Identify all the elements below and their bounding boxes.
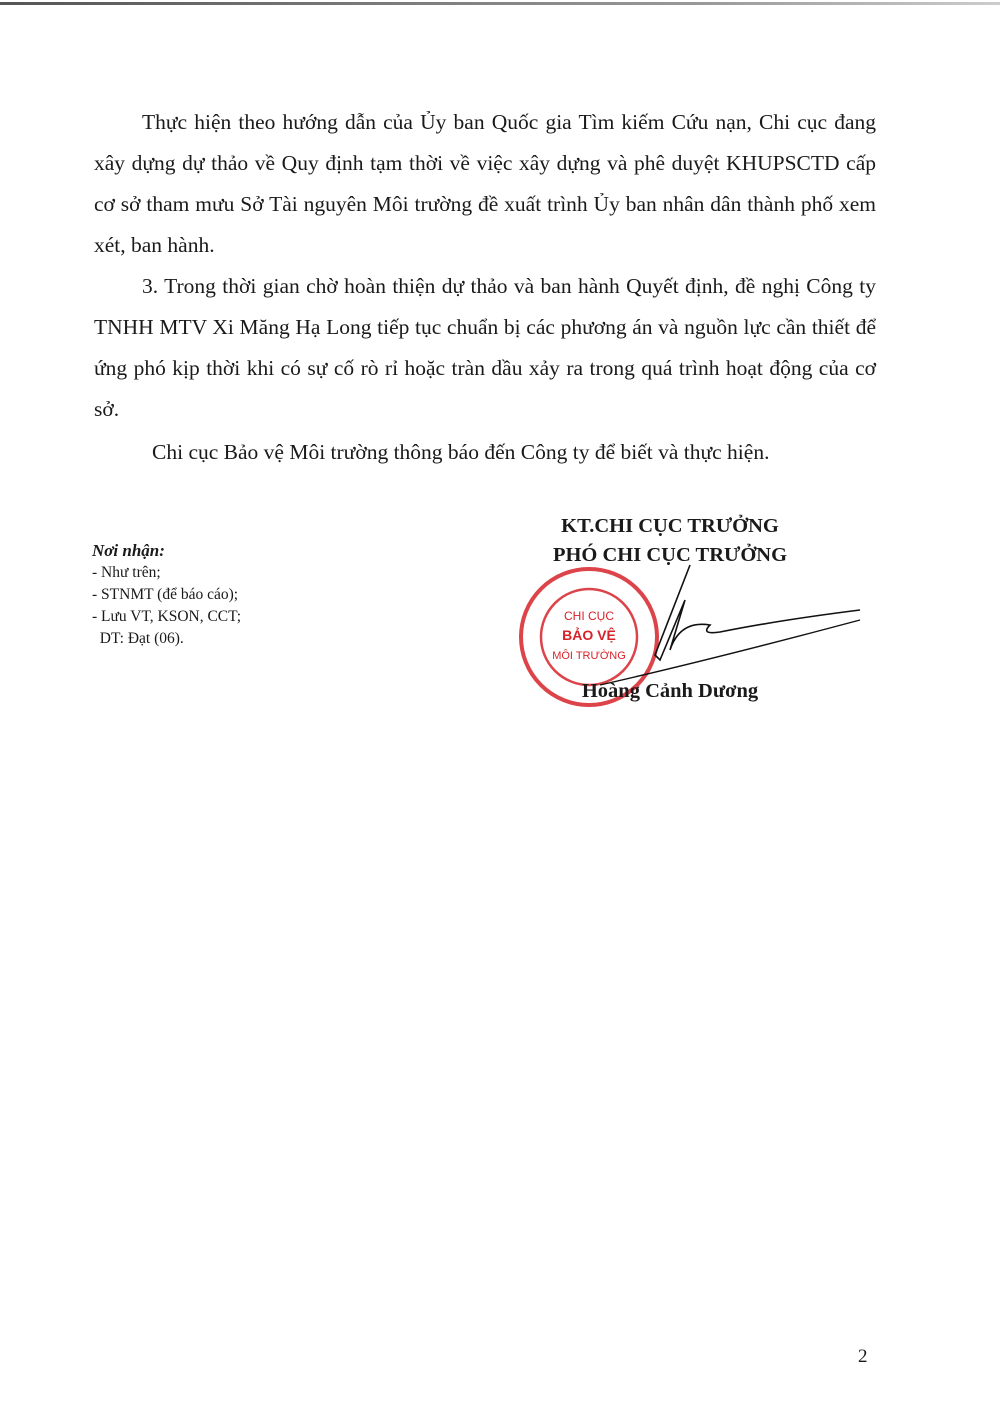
recipient-item: - Lưu VT, KSON, CCT;: [92, 606, 241, 628]
recipients-title: Nơi nhận:: [92, 540, 241, 562]
scan-edge-line: [0, 2, 1000, 5]
signature-title-line1: KT.CHI CỤC TRƯỞNG: [520, 512, 820, 541]
recipient-item: - Như trên;: [92, 562, 241, 584]
recipient-item: DT: Đạt (06).: [92, 628, 241, 650]
paragraph-notice: Chi cục Bảo vệ Môi trường thông báo đến …: [94, 432, 876, 473]
recipients-block: Nơi nhận: - Như trên; - STNMT (để báo cá…: [92, 540, 241, 650]
handwritten-signature: [560, 560, 880, 700]
recipient-item: - STNMT (để báo cáo);: [92, 584, 241, 606]
paragraph-item-3: 3. Trong thời gian chờ hoàn thiện dự thả…: [94, 266, 876, 430]
page-number: 2: [858, 1346, 868, 1368]
signer-name: Hoàng Cảnh Dương: [520, 680, 820, 703]
paragraph-draft-regulation: Thực hiện theo hướng dẫn của Ủy ban Quốc…: [94, 102, 876, 266]
